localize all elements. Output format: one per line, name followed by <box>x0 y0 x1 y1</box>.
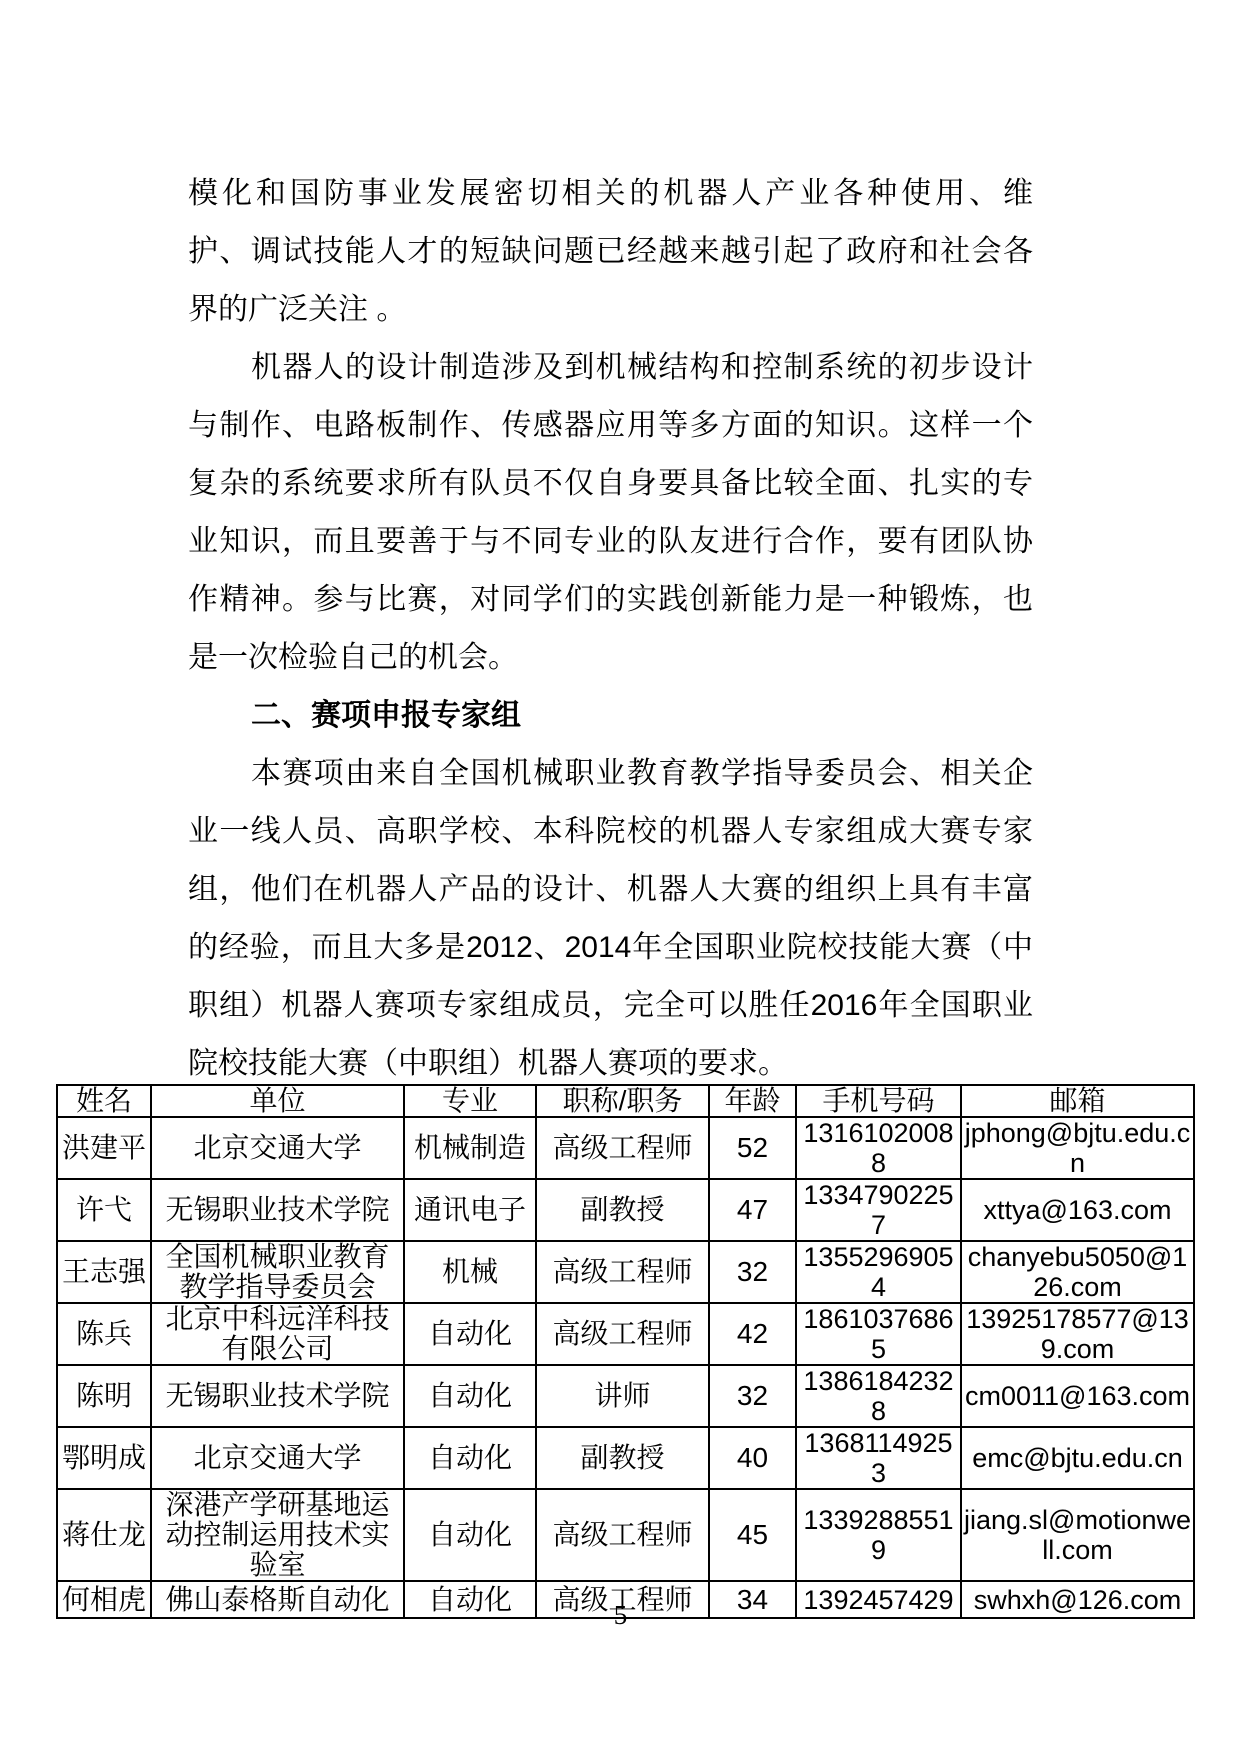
table-header-cell: 年龄 <box>709 1085 796 1117</box>
body-line: 职组）机器人赛项专家组成员，完全可以胜任2016年全国职业 <box>188 987 1033 1025</box>
table-row: 鄂明成北京交通大学自动化副教授4013681149253emc@bjtu.edu… <box>57 1427 1194 1489</box>
cell-name: 鄂明成 <box>57 1427 151 1489</box>
cell-email: jiang.sl@motionwell.com <box>961 1489 1194 1581</box>
cell-title: 副教授 <box>536 1179 709 1241</box>
cell-unit: 北京交通大学 <box>151 1117 404 1179</box>
cell-email: chanyebu5050@126.com <box>961 1241 1194 1303</box>
body-line: 模化和国防事业发展密切相关的机器人产业各种使用、维 <box>188 175 1033 213</box>
table-header-cell: 姓名 <box>57 1085 151 1117</box>
cell-title: 高级工程师 <box>536 1117 709 1179</box>
cell-unit: 无锡职业技术学院 <box>151 1365 404 1427</box>
table-row: 洪建平北京交通大学机械制造高级工程师5213161020088jphong@bj… <box>57 1117 1194 1179</box>
cell-title: 高级工程师 <box>536 1303 709 1365</box>
cell-name: 陈兵 <box>57 1303 151 1365</box>
table-header-row: 姓名单位专业职称/职务年龄手机号码邮箱 <box>57 1085 1194 1117</box>
table-header-cell: 职称/职务 <box>536 1085 709 1117</box>
body-line: 机器人的设计制造涉及到机械结构和控制系统的初步设计 <box>188 349 1033 387</box>
cell-name: 王志强 <box>57 1241 151 1303</box>
body-line: 业一线人员、高职学校、本科院校的机器人专家组成大赛专家 <box>188 813 1033 851</box>
document-page: 模化和国防事业发展密切相关的机器人产业各种使用、维护、调试技能人才的短缺问题已经… <box>0 0 1241 1754</box>
cell-age: 42 <box>709 1303 796 1365</box>
cell-major: 自动化 <box>404 1365 536 1427</box>
cell-unit: 北京中科远洋科技有限公司 <box>151 1303 404 1365</box>
cell-phone: 13161020088 <box>796 1117 961 1179</box>
table-row: 许弋无锡职业技术学院通讯电子副教授4713347902257xttya@163.… <box>57 1179 1194 1241</box>
cell-title: 高级工程师 <box>536 1241 709 1303</box>
body-line: 本赛项由来自全国机械职业教育教学指导委员会、相关企 <box>188 755 1033 793</box>
cell-phone: 13392885519 <box>796 1489 961 1581</box>
cell-name: 洪建平 <box>57 1117 151 1179</box>
cell-age: 52 <box>709 1117 796 1179</box>
cell-name: 蒋仕龙 <box>57 1489 151 1581</box>
body-line: 院校技能大赛（中职组）机器人赛项的要求。 <box>188 1045 1033 1083</box>
cell-major: 机械 <box>404 1241 536 1303</box>
cell-phone: 13552969054 <box>796 1241 961 1303</box>
body-line: 界的广泛关注 。 <box>188 291 1033 329</box>
expert-group-table: 姓名单位专业职称/职务年龄手机号码邮箱 洪建平北京交通大学机械制造高级工程师52… <box>56 1084 1195 1619</box>
body-line: 复杂的系统要求所有队员不仅自身要具备比较全面、扎实的专 <box>188 465 1033 503</box>
body-line: 是一次检验自己的机会。 <box>188 639 1033 677</box>
cell-age: 47 <box>709 1179 796 1241</box>
cell-phone: 13681149253 <box>796 1427 961 1489</box>
cell-phone: 13861842328 <box>796 1365 961 1427</box>
table-row: 蒋仕龙深港产学研基地运动控制运用技术实验室自动化高级工程师45133928855… <box>57 1489 1194 1581</box>
cell-name: 许弋 <box>57 1179 151 1241</box>
cell-email: jphong@bjtu.edu.cn <box>961 1117 1194 1179</box>
cell-unit: 深港产学研基地运动控制运用技术实验室 <box>151 1489 404 1581</box>
body-line: 业知识，而且要善于与不同专业的队友进行合作，要有团队协 <box>188 523 1033 561</box>
cell-email: xttya@163.com <box>961 1179 1194 1241</box>
cell-age: 32 <box>709 1241 796 1303</box>
cell-title: 副教授 <box>536 1427 709 1489</box>
table-row: 王志强全国机械职业教育教学指导委员会机械高级工程师3213552969054ch… <box>57 1241 1194 1303</box>
table-row: 陈明无锡职业技术学院自动化讲师3213861842328cm0011@163.c… <box>57 1365 1194 1427</box>
cell-age: 45 <box>709 1489 796 1581</box>
body-line: 组，他们在机器人产品的设计、机器人大赛的组织上具有丰富 <box>188 871 1033 909</box>
table-header-cell: 单位 <box>151 1085 404 1117</box>
cell-major: 通讯电子 <box>404 1179 536 1241</box>
table-row: 陈兵北京中科远洋科技有限公司自动化高级工程师421861037686513925… <box>57 1303 1194 1365</box>
section-heading: 二、赛项申报专家组 <box>188 697 1033 735</box>
cell-email: cm0011@163.com <box>961 1365 1194 1427</box>
table-header-cell: 邮箱 <box>961 1085 1194 1117</box>
body-line: 作精神。参与比赛，对同学们的实践创新能力是一种锻炼，也 <box>188 581 1033 619</box>
cell-name: 陈明 <box>57 1365 151 1427</box>
cell-major: 自动化 <box>404 1303 536 1365</box>
page-number: 5 <box>0 1600 1241 1631</box>
body-line: 护、调试技能人才的短缺问题已经越来越引起了政府和社会各 <box>188 233 1033 271</box>
cell-title: 讲师 <box>536 1365 709 1427</box>
cell-major: 自动化 <box>404 1489 536 1581</box>
cell-major: 机械制造 <box>404 1117 536 1179</box>
cell-age: 40 <box>709 1427 796 1489</box>
cell-unit: 全国机械职业教育教学指导委员会 <box>151 1241 404 1303</box>
cell-phone: 18610376865 <box>796 1303 961 1365</box>
cell-unit: 北京交通大学 <box>151 1427 404 1489</box>
cell-email: emc@bjtu.edu.cn <box>961 1427 1194 1489</box>
cell-phone: 13347902257 <box>796 1179 961 1241</box>
body-line: 与制作、电路板制作、传感器应用等多方面的知识。这样一个 <box>188 407 1033 445</box>
table-header-cell: 手机号码 <box>796 1085 961 1117</box>
cell-email: 13925178577@139.com <box>961 1303 1194 1365</box>
table-header-cell: 专业 <box>404 1085 536 1117</box>
cell-age: 32 <box>709 1365 796 1427</box>
cell-major: 自动化 <box>404 1427 536 1489</box>
cell-title: 高级工程师 <box>536 1489 709 1581</box>
body-line: 的经验，而且大多是2012、2014年全国职业院校技能大赛（中 <box>188 929 1033 967</box>
cell-unit: 无锡职业技术学院 <box>151 1179 404 1241</box>
